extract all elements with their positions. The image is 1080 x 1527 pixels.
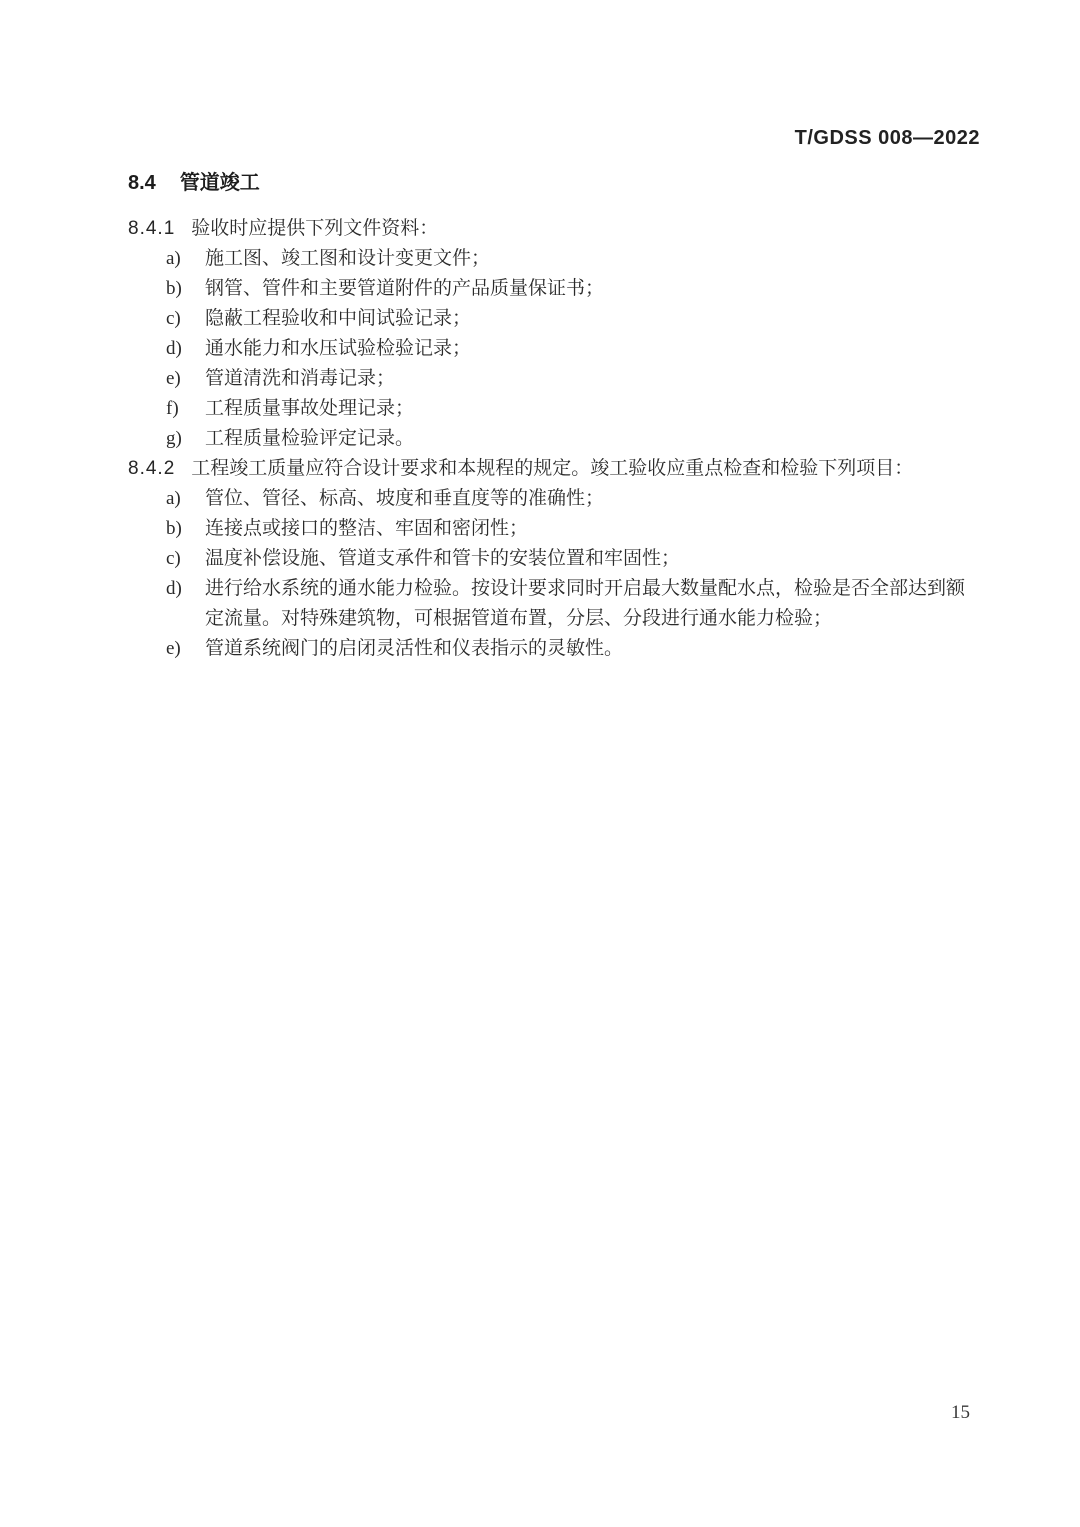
item-label: e) xyxy=(166,634,205,664)
item-text: 钢管、管件和主要管道附件的产品质量保证书； xyxy=(205,274,980,304)
clause-text: 工程竣工质量应符合设计要求和本规程的规定。竣工验收应重点检查和检验下列项目： xyxy=(191,458,913,479)
list-item: f) 工程质量事故处理记录； xyxy=(128,394,980,424)
item-label: e) xyxy=(166,364,205,394)
item-label: d) xyxy=(166,334,205,364)
standard-code-header: T/GDSS 008—2022 xyxy=(128,127,980,150)
item-text: 工程质量检验评定记录。 xyxy=(205,424,980,454)
clause-8-4-1: 8.4.1验收时应提供下列文件资料： xyxy=(128,214,980,244)
item-label: a) xyxy=(166,244,205,274)
item-text: 进行给水系统的通水能力检验。按设计要求同时开启最大数量配水点，检验是否全部达到额… xyxy=(205,574,980,634)
item-label: f) xyxy=(166,394,205,424)
list-item: g) 工程质量检验评定记录。 xyxy=(128,424,980,454)
item-label: c) xyxy=(166,304,205,334)
section-number: 8.4 xyxy=(128,170,156,196)
list-item: e) 管道清洗和消毒记录； xyxy=(128,364,980,394)
clause-8-4-2-item-list: a) 管位、管径、标高、坡度和垂直度等的准确性； b) 连接点或接口的整洁、牢固… xyxy=(128,484,980,664)
item-label: c) xyxy=(166,544,205,574)
clause-8-4-2: 8.4.2工程竣工质量应符合设计要求和本规程的规定。竣工验收应重点检查和检验下列… xyxy=(128,454,980,484)
section-title: 管道竣工 xyxy=(180,170,260,196)
list-item: b) 连接点或接口的整洁、牢固和密闭性； xyxy=(128,514,980,544)
page-number: 15 xyxy=(951,1402,970,1424)
list-item: b) 钢管、管件和主要管道附件的产品质量保证书； xyxy=(128,274,980,304)
list-item: d) 进行给水系统的通水能力检验。按设计要求同时开启最大数量配水点，检验是否全部… xyxy=(128,574,980,634)
item-text: 施工图、竣工图和设计变更文件； xyxy=(205,244,980,274)
item-text: 通水能力和水压试验检验记录； xyxy=(205,334,980,364)
item-text: 管位、管径、标高、坡度和垂直度等的准确性； xyxy=(205,484,980,514)
item-label: b) xyxy=(166,274,205,304)
list-item: d) 通水能力和水压试验检验记录； xyxy=(128,334,980,364)
item-text: 连接点或接口的整洁、牢固和密闭性； xyxy=(205,514,980,544)
page-content: 8.4 管道竣工 8.4.1验收时应提供下列文件资料： a) 施工图、竣工图和设… xyxy=(128,170,980,664)
item-label: b) xyxy=(166,514,205,544)
list-item: a) 施工图、竣工图和设计变更文件； xyxy=(128,244,980,274)
list-item: e) 管道系统阀门的启闭灵活性和仪表指示的灵敏性。 xyxy=(128,634,980,664)
list-item: a) 管位、管径、标高、坡度和垂直度等的准确性； xyxy=(128,484,980,514)
clause-number: 8.4.1 xyxy=(128,218,175,239)
section-heading: 8.4 管道竣工 xyxy=(128,170,980,196)
list-item: c) 温度补偿设施、管道支承件和管卡的安装位置和牢固性； xyxy=(128,544,980,574)
item-text: 管道清洗和消毒记录； xyxy=(205,364,980,394)
item-text: 隐蔽工程验收和中间试验记录； xyxy=(205,304,980,334)
item-label: g) xyxy=(166,424,205,454)
item-text: 工程质量事故处理记录； xyxy=(205,394,980,424)
clause-text: 验收时应提供下列文件资料： xyxy=(191,218,438,239)
item-label: d) xyxy=(166,574,205,604)
item-label: a) xyxy=(166,484,205,514)
list-item: c) 隐蔽工程验收和中间试验记录； xyxy=(128,304,980,334)
item-text: 温度补偿设施、管道支承件和管卡的安装位置和牢固性； xyxy=(205,544,980,574)
document-page: T/GDSS 008—2022 8.4 管道竣工 8.4.1验收时应提供下列文件… xyxy=(0,0,1080,1527)
item-text: 管道系统阀门的启闭灵活性和仪表指示的灵敏性。 xyxy=(205,634,980,664)
clause-number: 8.4.2 xyxy=(128,458,175,479)
clause-8-4-1-item-list: a) 施工图、竣工图和设计变更文件； b) 钢管、管件和主要管道附件的产品质量保… xyxy=(128,244,980,454)
